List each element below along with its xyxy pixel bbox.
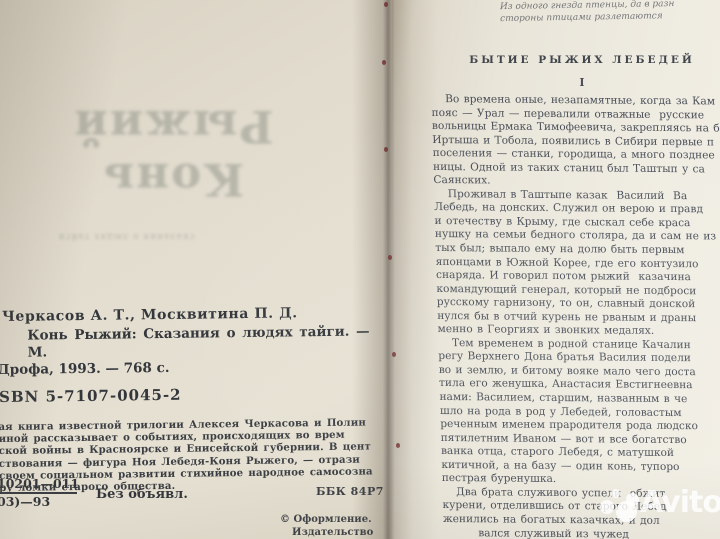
imprint-code-denominator: 03)—93	[0, 495, 84, 509]
avito-logo-dots-icon	[611, 489, 620, 498]
stitch-speck	[396, 443, 400, 448]
stitch-speck	[384, 2, 388, 7]
title-line-2: Дрофа, 1993. — 768 с.	[0, 357, 385, 379]
copyright-line-2: Издательство	[280, 527, 373, 539]
stitch-speck	[392, 352, 396, 357]
avito-logo-dots-icon	[600, 500, 614, 514]
imprint-code-numerator: 10201—011	[0, 477, 84, 491]
bbk-code: ББК 84Р7	[316, 485, 384, 498]
epigraph: Из одного гнезда птенцы, да в разнсторон…	[500, 0, 720, 25]
open-book-photo: Конь Рыжий сказания о людях тайги Черкас…	[0, 0, 720, 539]
show-through-title: Конь Рыжий	[8, 100, 338, 206]
body-text: Во времена оные, незапамятные, когда за …	[431, 93, 720, 539]
copyright-note: © Оформление. Издательство	[280, 514, 373, 539]
avito-watermark: Avito	[598, 488, 720, 536]
chapter-heading: БЫТИЕ РЫЖИХ ЛЕБЕДЕЙ	[432, 54, 720, 66]
isbn-line: SBN 5-7107-0045-2	[0, 383, 385, 406]
avito-watermark-text: Avito	[640, 485, 720, 520]
imprint-code-fraction: 10201—011 03)—93	[0, 477, 84, 509]
copyright-line-1: © Оформление.	[280, 514, 373, 527]
stitch-speck	[388, 255, 392, 260]
title-line-1: Конь Рыжий: Сказания о людях тайги. — М.	[0, 323, 384, 362]
no-announcement-note: Без объявл.	[96, 487, 188, 502]
authors-line: Черкасов А. Т., Москвитина П. Д.	[0, 304, 384, 326]
paragraph: Тем временем в родной станице Качалинрег…	[438, 337, 720, 489]
bibliographic-block: Черкасов А. Т., Москвитина П. Д. Конь Ры…	[0, 304, 386, 494]
paragraph: Проживал в Таштыпе казак Василий ВаЛебед…	[434, 188, 720, 340]
stitch-speck	[382, 60, 386, 65]
stitch-speck	[384, 147, 388, 152]
paragraph: Во времена оные, незапамятные, когда за …	[431, 93, 720, 190]
show-through-subtitle: сказания о людях тайги	[46, 231, 206, 241]
avito-logo-dots-icon	[616, 501, 637, 522]
chapter-part-numeral: I	[432, 76, 720, 89]
